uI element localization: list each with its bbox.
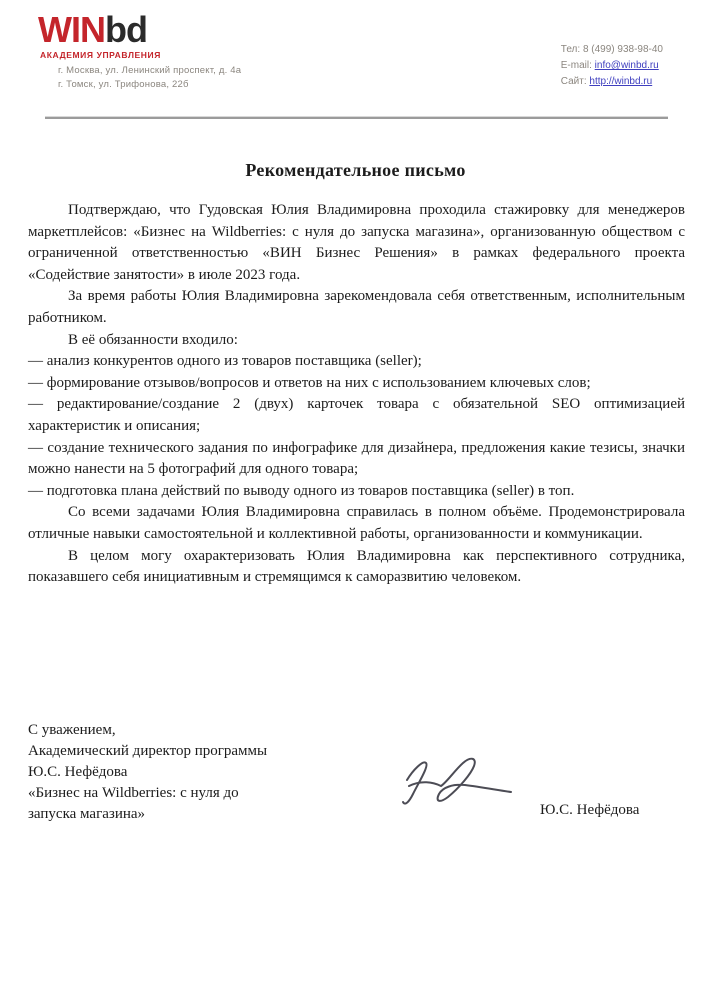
paragraph-conclusion: В целом могу охарактеризовать Юлия Влади… <box>28 546 685 589</box>
site-label: Сайт: <box>561 76 590 87</box>
phone-line: Тел: 8 (499) 938-98-40 <box>561 42 663 58</box>
company-addresses: г. Москва, ул. Ленинский проспект, д. 4а… <box>58 64 241 92</box>
paragraph-results: Со всеми задачами Юлия Владимировна спра… <box>28 502 685 545</box>
email-label: E-mail: <box>561 60 595 71</box>
letter-title: Рекомендательное письмо <box>0 160 711 181</box>
email-link[interactable]: info@winbd.ru <box>595 60 659 71</box>
letterhead: WINbd АКАДЕМИЯ УПРАВЛЕНИЯ г. Москва, ул.… <box>0 0 711 120</box>
logo-wordmark: WINbd <box>38 12 241 48</box>
header-divider-line <box>45 116 668 119</box>
paragraph-duties-intro: В её обязанности входило: <box>28 330 685 352</box>
sign-position: Академический директор программы <box>28 741 685 762</box>
site-line: Сайт: http://winbd.ru <box>561 74 663 90</box>
signature-name: Ю.С. Нефёдова <box>540 802 639 819</box>
duty-item: — подготовка плана действий по выводу од… <box>28 481 685 503</box>
logo-win-text: WIN <box>38 9 105 50</box>
duty-item: — создание технического задания по инфог… <box>28 438 685 481</box>
duty-item: — редактирование/создание 2 (двух) карто… <box>28 394 685 437</box>
address-moscow: г. Москва, ул. Ленинский проспект, д. 4а <box>58 64 241 78</box>
sign-program-line1: «Бизнес на Wildberries: с нуля до <box>28 783 685 804</box>
sign-regards: С уважением, <box>28 720 685 741</box>
recommendation-letter-page: WINbd АКАДЕМИЯ УПРАВЛЕНИЯ г. Москва, ул.… <box>0 0 711 998</box>
phone-number: 8 (499) 938-98-40 <box>583 44 663 55</box>
duty-item: — анализ конкурентов одного из товаров п… <box>28 351 685 373</box>
sign-person: Ю.С. Нефёдова <box>28 762 685 783</box>
handwritten-signature-icon <box>393 752 523 821</box>
signature-section: С уважением, Академический директор прог… <box>28 720 685 840</box>
logo-subtitle: АКАДЕМИЯ УПРАВЛЕНИЯ <box>40 50 241 60</box>
duty-item: — формирование отзывов/вопросов и ответо… <box>28 373 685 395</box>
company-logo: WINbd АКАДЕМИЯ УПРАВЛЕНИЯ г. Москва, ул.… <box>38 12 241 92</box>
email-line: E-mail: info@winbd.ru <box>561 58 663 74</box>
address-tomsk: г. Томск, ул. Трифонова, 22б <box>58 78 241 92</box>
site-link[interactable]: http://winbd.ru <box>589 76 652 87</box>
contact-block: Тел: 8 (499) 938-98-40 E-mail: info@winb… <box>561 42 663 90</box>
letter-body: Подтверждаю, что Гудовская Юлия Владимир… <box>28 200 685 589</box>
phone-label: Тел: <box>561 44 583 55</box>
paragraph-performance: За время работы Юлия Владимировна зареко… <box>28 286 685 329</box>
paragraph-internship: Подтверждаю, что Гудовская Юлия Владимир… <box>28 200 685 286</box>
logo-bd-text: bd <box>105 9 147 50</box>
